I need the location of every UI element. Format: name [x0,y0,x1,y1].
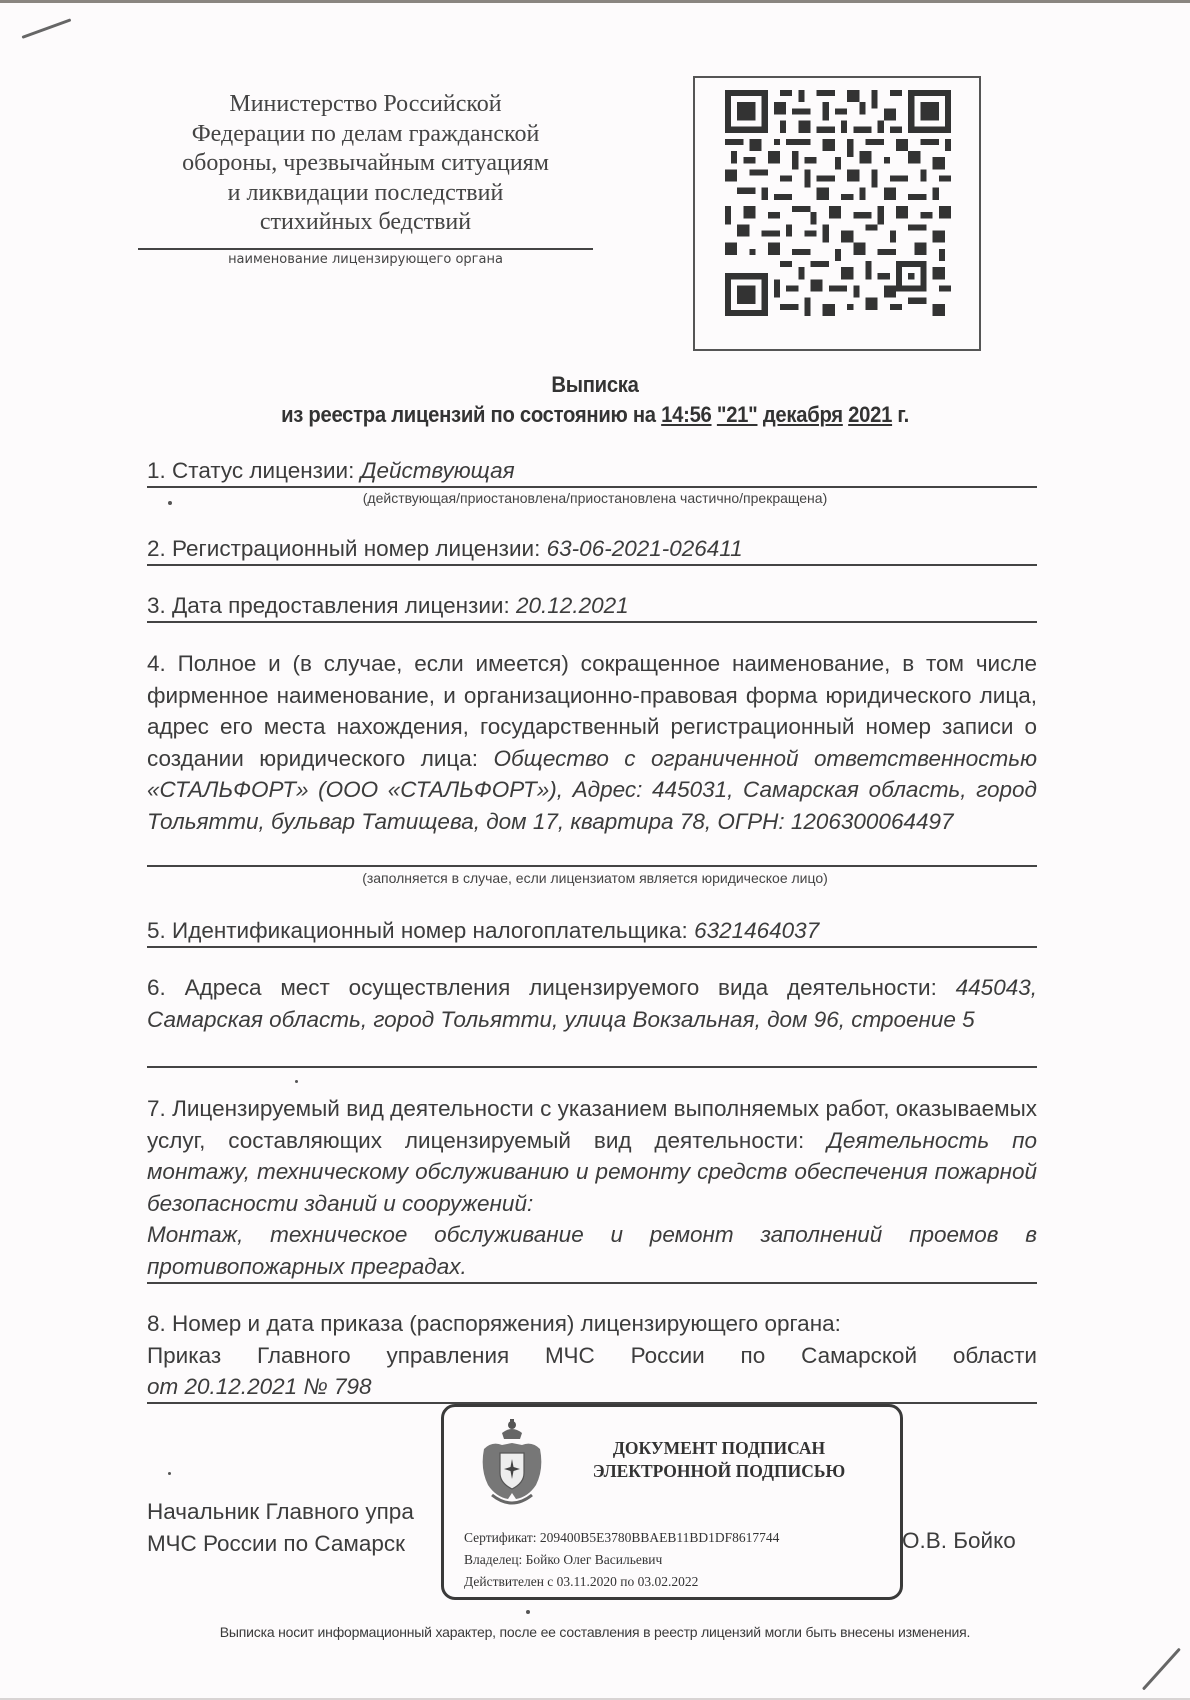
title-day: "21" [717,402,758,427]
title-year: 2021 [848,402,892,427]
authority-line: стихийных бедствий [138,208,593,238]
order-issuer: Приказ Главного управления МЧС России по… [147,1340,1037,1372]
field-issue-date: 3. Дата предоставления лицензии: 20.12.2… [147,590,1037,622]
stamp-title: ДОКУМЕНТ ПОДПИСАН ЭЛЕКТРОННОЙ ПОДПИСЬЮ [549,1437,889,1483]
title-month: декабря [763,402,843,427]
taxpayer-id-value: 6321464037 [694,918,819,943]
field-3-underline [147,621,1037,623]
signer-position: Начальник Главного упра МЧС России по Са… [147,1496,414,1559]
license-status-value: Действующая [361,458,515,483]
pen-mark-top-left [21,18,71,39]
electronic-signature-stamp: ДОКУМЕНТ ПОДПИСАН ЭЛЕКТРОННОЙ ПОДПИСЬЮ С… [441,1404,903,1600]
field-7-underline [147,1282,1037,1284]
field-legal-entity: 4. Полное и (в случае, если имеется) сок… [147,648,1037,837]
signer-name: О.В. Бойко [902,1528,1016,1554]
authority-line: Министерство Российской [138,90,593,120]
scan-speck [168,1472,171,1475]
field-6-underline [147,1066,1037,1068]
stamp-certificate-info: Сертификат: 209400B5E3780BBAEB11BD1DF861… [464,1527,779,1593]
qr-code-icon [725,90,951,316]
qr-code-frame [693,76,981,351]
field-licensed-activity: 7. Лицензируемый вид деятельности с указ… [147,1093,1037,1282]
order-number-value: от 20.12.2021 № 798 [147,1371,1037,1403]
scan-speck [526,1610,530,1614]
scan-speck [168,501,172,505]
authority-line: Федерации по делам гражданской [138,120,593,150]
license-status-caption: (действующая/приостановлена/приостановле… [200,490,990,506]
field-1-underline [147,486,1037,488]
registration-number-value: 63-06-2021-026411 [547,536,743,561]
licensed-activity-work: Монтаж, техническое обслуживание и ремон… [147,1219,1037,1282]
field-taxpayer-id: 5. Идентификационный номер налогоплатель… [147,915,1037,947]
scan-edge-top [0,0,1190,3]
field-registration-number: 2. Регистрационный номер лицензии: 63-06… [147,533,1037,565]
authority-caption: наименование лицензирующего органа [138,252,593,267]
field-order: 8. Номер и дата приказа (распоряжения) л… [147,1308,1037,1403]
pen-mark-bottom-right [1142,1648,1181,1691]
title-time: 14:56 [661,402,711,427]
title-subheading: из реестра лицензий по состоянию на 14:5… [204,400,986,430]
licensing-authority-name: Министерство Российской Федерации по дел… [138,90,593,238]
mchs-emblem-icon [478,1419,546,1507]
field-license-status: 1. Статус лицензии: Действующая [147,455,1037,487]
field-2-underline [147,564,1037,566]
field-activity-address: 6. Адреса мест осуществления лицензируем… [147,972,1037,1035]
field-5-underline [147,946,1037,948]
document-title: Выписка из реестра лицензий по состоянию… [204,370,986,430]
certificate-owner: Владелец: Бойко Олег Васильевич [464,1549,779,1571]
field-4-underline [147,865,1037,867]
authority-line: обороны, чрезвычайным ситуациям [138,149,593,179]
authority-line: и ликвидации последствий [138,179,593,209]
scan-speck [295,1080,298,1083]
issue-date-value: 20.12.2021 [516,593,629,618]
legal-entity-caption: (заполняется в случае, если лицензиатом … [200,870,990,886]
title-heading: Выписка [204,370,986,400]
footer-disclaimer: Выписка носит информационный характер, п… [150,1624,1040,1640]
authority-underline [138,248,593,250]
certificate-validity: Действителен с 03.11.2020 по 03.02.2022 [464,1571,779,1593]
certificate-serial: Сертификат: 209400B5E3780BBAEB11BD1DF861… [464,1527,779,1549]
